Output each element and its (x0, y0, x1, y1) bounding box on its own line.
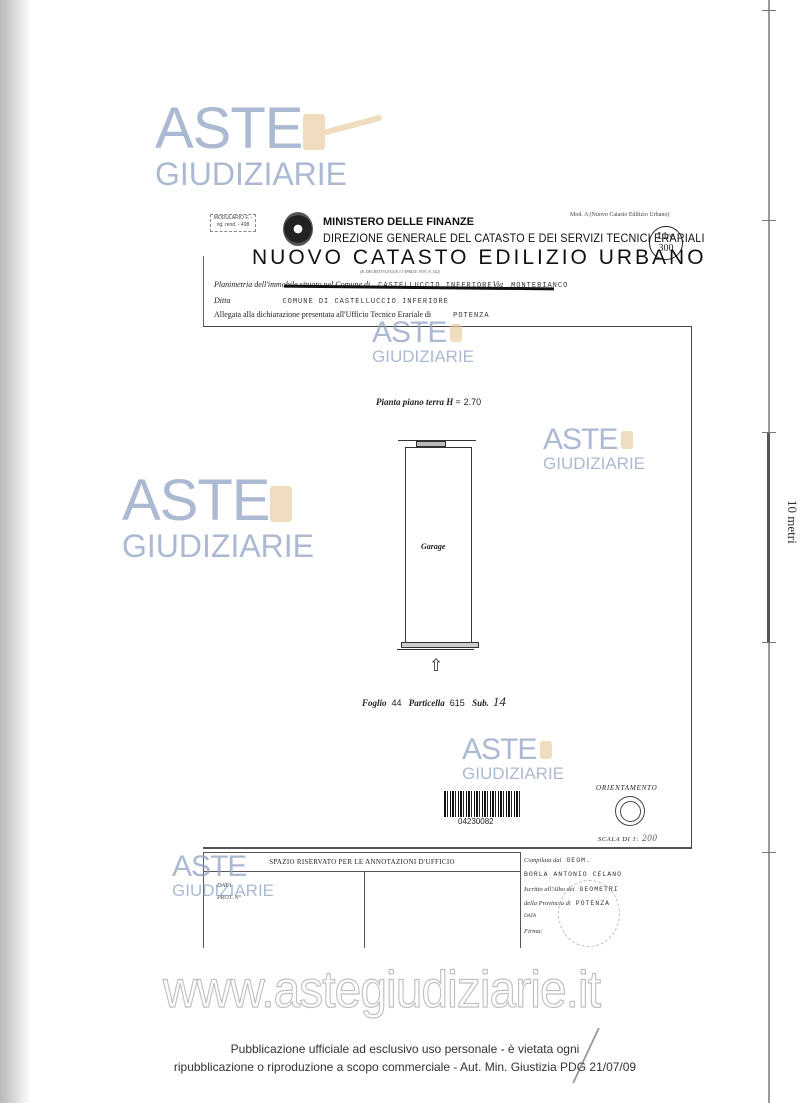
ruler-tick (762, 220, 776, 221)
model-label: Mod. A (Nuovo Catasto Edilizio Urbano) (570, 212, 669, 218)
compilata-label: Compilata dal (524, 857, 561, 864)
decree-reference: (R. DECRETO-LEGGE 13 APRILE 1939, N. 652… (360, 269, 440, 274)
stamp-label: Lire (650, 231, 682, 243)
sub-label: Sub. (472, 698, 489, 708)
watermark-giudiziarie: GIUDIZIARIE (543, 455, 645, 472)
watermark-giudiziarie: GIUDIZIARIE (155, 158, 347, 190)
gavel-icon (270, 486, 292, 522)
orientation-label: ORIENTAMENTO (596, 784, 657, 792)
watermark-logo: ASTE GIUDIZIARIE (372, 318, 474, 365)
foglio-label: Foglio (362, 698, 387, 708)
watermark-giudiziarie: GIUDIZIARIE (372, 348, 474, 365)
compiler-name: BORLA ANTONIO CELANO (524, 871, 622, 878)
modulario-stamp: MODULARIO F. - rig. rend. - 498 (210, 214, 256, 232)
scale-label-text: SCALA DI 1: (598, 836, 639, 843)
watermark-site-url: www.astegiudiziarie.it (163, 960, 600, 1020)
particella-value: 615 (450, 698, 465, 708)
plan-label: Pianta piano terra H =2.70 (376, 397, 481, 407)
watermark-logo: ASTE GIUDIZIARIE (462, 735, 564, 782)
ruler-tick (762, 432, 776, 433)
ditta-label: Ditta (214, 296, 230, 305)
firma-label: Firma: (524, 928, 542, 935)
directorate-name: DIREZIONE GENERALE DEL CATASTO E DEI SER… (323, 231, 705, 245)
watermark-giudiziarie: GIUDIZIARIE (172, 882, 274, 899)
particella-label: Particella (409, 698, 445, 708)
foglio-value: 44 (392, 698, 402, 708)
ruler-tick (762, 852, 776, 853)
ditta-row: Ditta COMUNE DI CASTELLUCCIO INFERIORE (214, 296, 449, 306)
scale-value: 200 (642, 833, 657, 843)
watermark-logo: ASTE GIUDIZIARIE (155, 100, 347, 190)
compiler-title: GEOM. (566, 857, 591, 864)
plan-label-text: Pianta piano terra H = (376, 397, 461, 407)
gavel-icon (303, 114, 325, 150)
gavel-icon (621, 431, 633, 449)
frame-left-border (203, 256, 204, 326)
ditta-value: COMUNE DI CASTELLUCCIO INFERIORE (282, 298, 448, 306)
sub-value: 14 (493, 694, 506, 709)
gavel-icon (540, 741, 552, 759)
compiler-name-row: BORLA ANTONIO CELANO (524, 871, 622, 878)
gavel-icon (450, 324, 462, 342)
barcode (444, 791, 520, 817)
compilata-row: Compilata dalGEOM. (524, 857, 591, 864)
compiler-data-label: DATA (524, 914, 536, 919)
up-arrow-icon: ⇧ (429, 656, 443, 676)
document-title: NUOVO CATASTO EDILIZIO URBANO (252, 246, 707, 270)
ruler-tick (762, 10, 776, 11)
signature-stamp (558, 880, 620, 947)
scale-label: SCALA DI 1:200 (598, 833, 657, 843)
watermark-logo: ASTE GIUDIZIARIE (172, 852, 274, 899)
barcode-number: 04230082 (458, 817, 494, 826)
ministry-name: MINISTERO DELLE FINANZE (323, 216, 474, 228)
watermark-logo: ASTE GIUDIZIARIE (543, 425, 645, 472)
ruler-label: 10 metri (770, 500, 800, 580)
orientation-compass-icon (615, 796, 645, 826)
bottom-wall-line (397, 649, 474, 650)
scan-shadow-edge (0, 0, 30, 1103)
room-label: Garage (421, 542, 445, 551)
watermark-giudiziarie: GIUDIZIARIE (122, 530, 314, 562)
garage-door (401, 642, 479, 648)
office-box-divider (364, 871, 365, 948)
cadastral-reference: Foglio44 Particella615 Sub.14 (362, 694, 506, 710)
plan-height: 2.70 (464, 397, 482, 407)
watermark-logo: ASTE GIUDIZIARIE (122, 472, 314, 562)
italian-republic-emblem-icon (283, 212, 313, 246)
watermark-giudiziarie: GIUDIZIARIE (462, 765, 564, 782)
watermark-aste: ASTE (172, 852, 274, 882)
ruler-tick (762, 642, 776, 643)
